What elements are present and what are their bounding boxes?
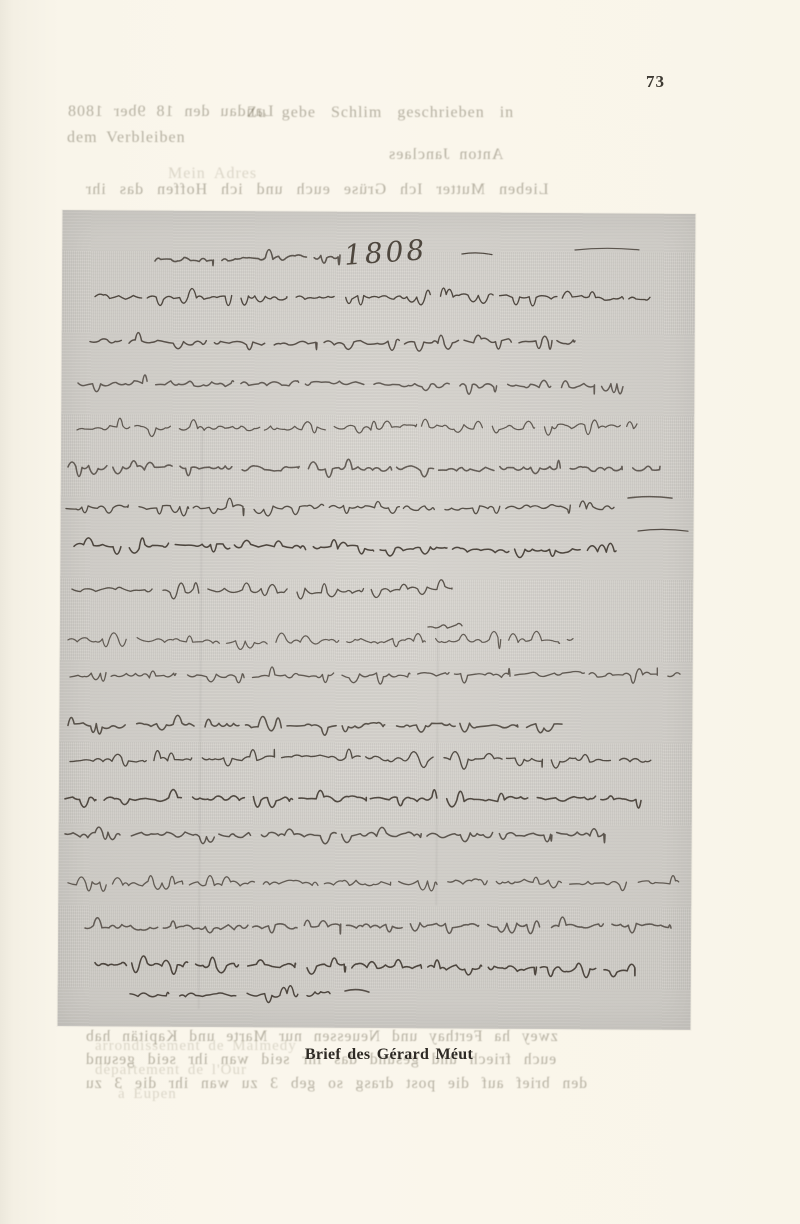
paper-fold-crease bbox=[435, 620, 439, 905]
paper-fold-crease bbox=[198, 429, 204, 1009]
ghost-text-line: Landau den 18 9ber 1808 bbox=[67, 103, 274, 121]
book-page: 73 Landau den 18 9ber 1808Zu gebe Schlim… bbox=[0, 0, 800, 1224]
letter-facsimile-image bbox=[58, 210, 696, 1030]
handwritten-date: 1808 bbox=[343, 233, 428, 272]
ghost-text-line: Anton Janclaes bbox=[388, 146, 503, 164]
ghost-text-line: Zu gebe Schlim geschrieben in bbox=[247, 104, 514, 122]
ghost-text-line: à Eupen bbox=[118, 1086, 177, 1103]
page-number: 73 bbox=[646, 72, 694, 92]
ghost-text-line: Lieben Mutter Ich Grüse euch und ich Hof… bbox=[85, 181, 548, 199]
ghost-text-line: dem Verbleiben bbox=[67, 129, 186, 147]
figure-caption: Brief des Gérard Méut bbox=[0, 1046, 778, 1064]
